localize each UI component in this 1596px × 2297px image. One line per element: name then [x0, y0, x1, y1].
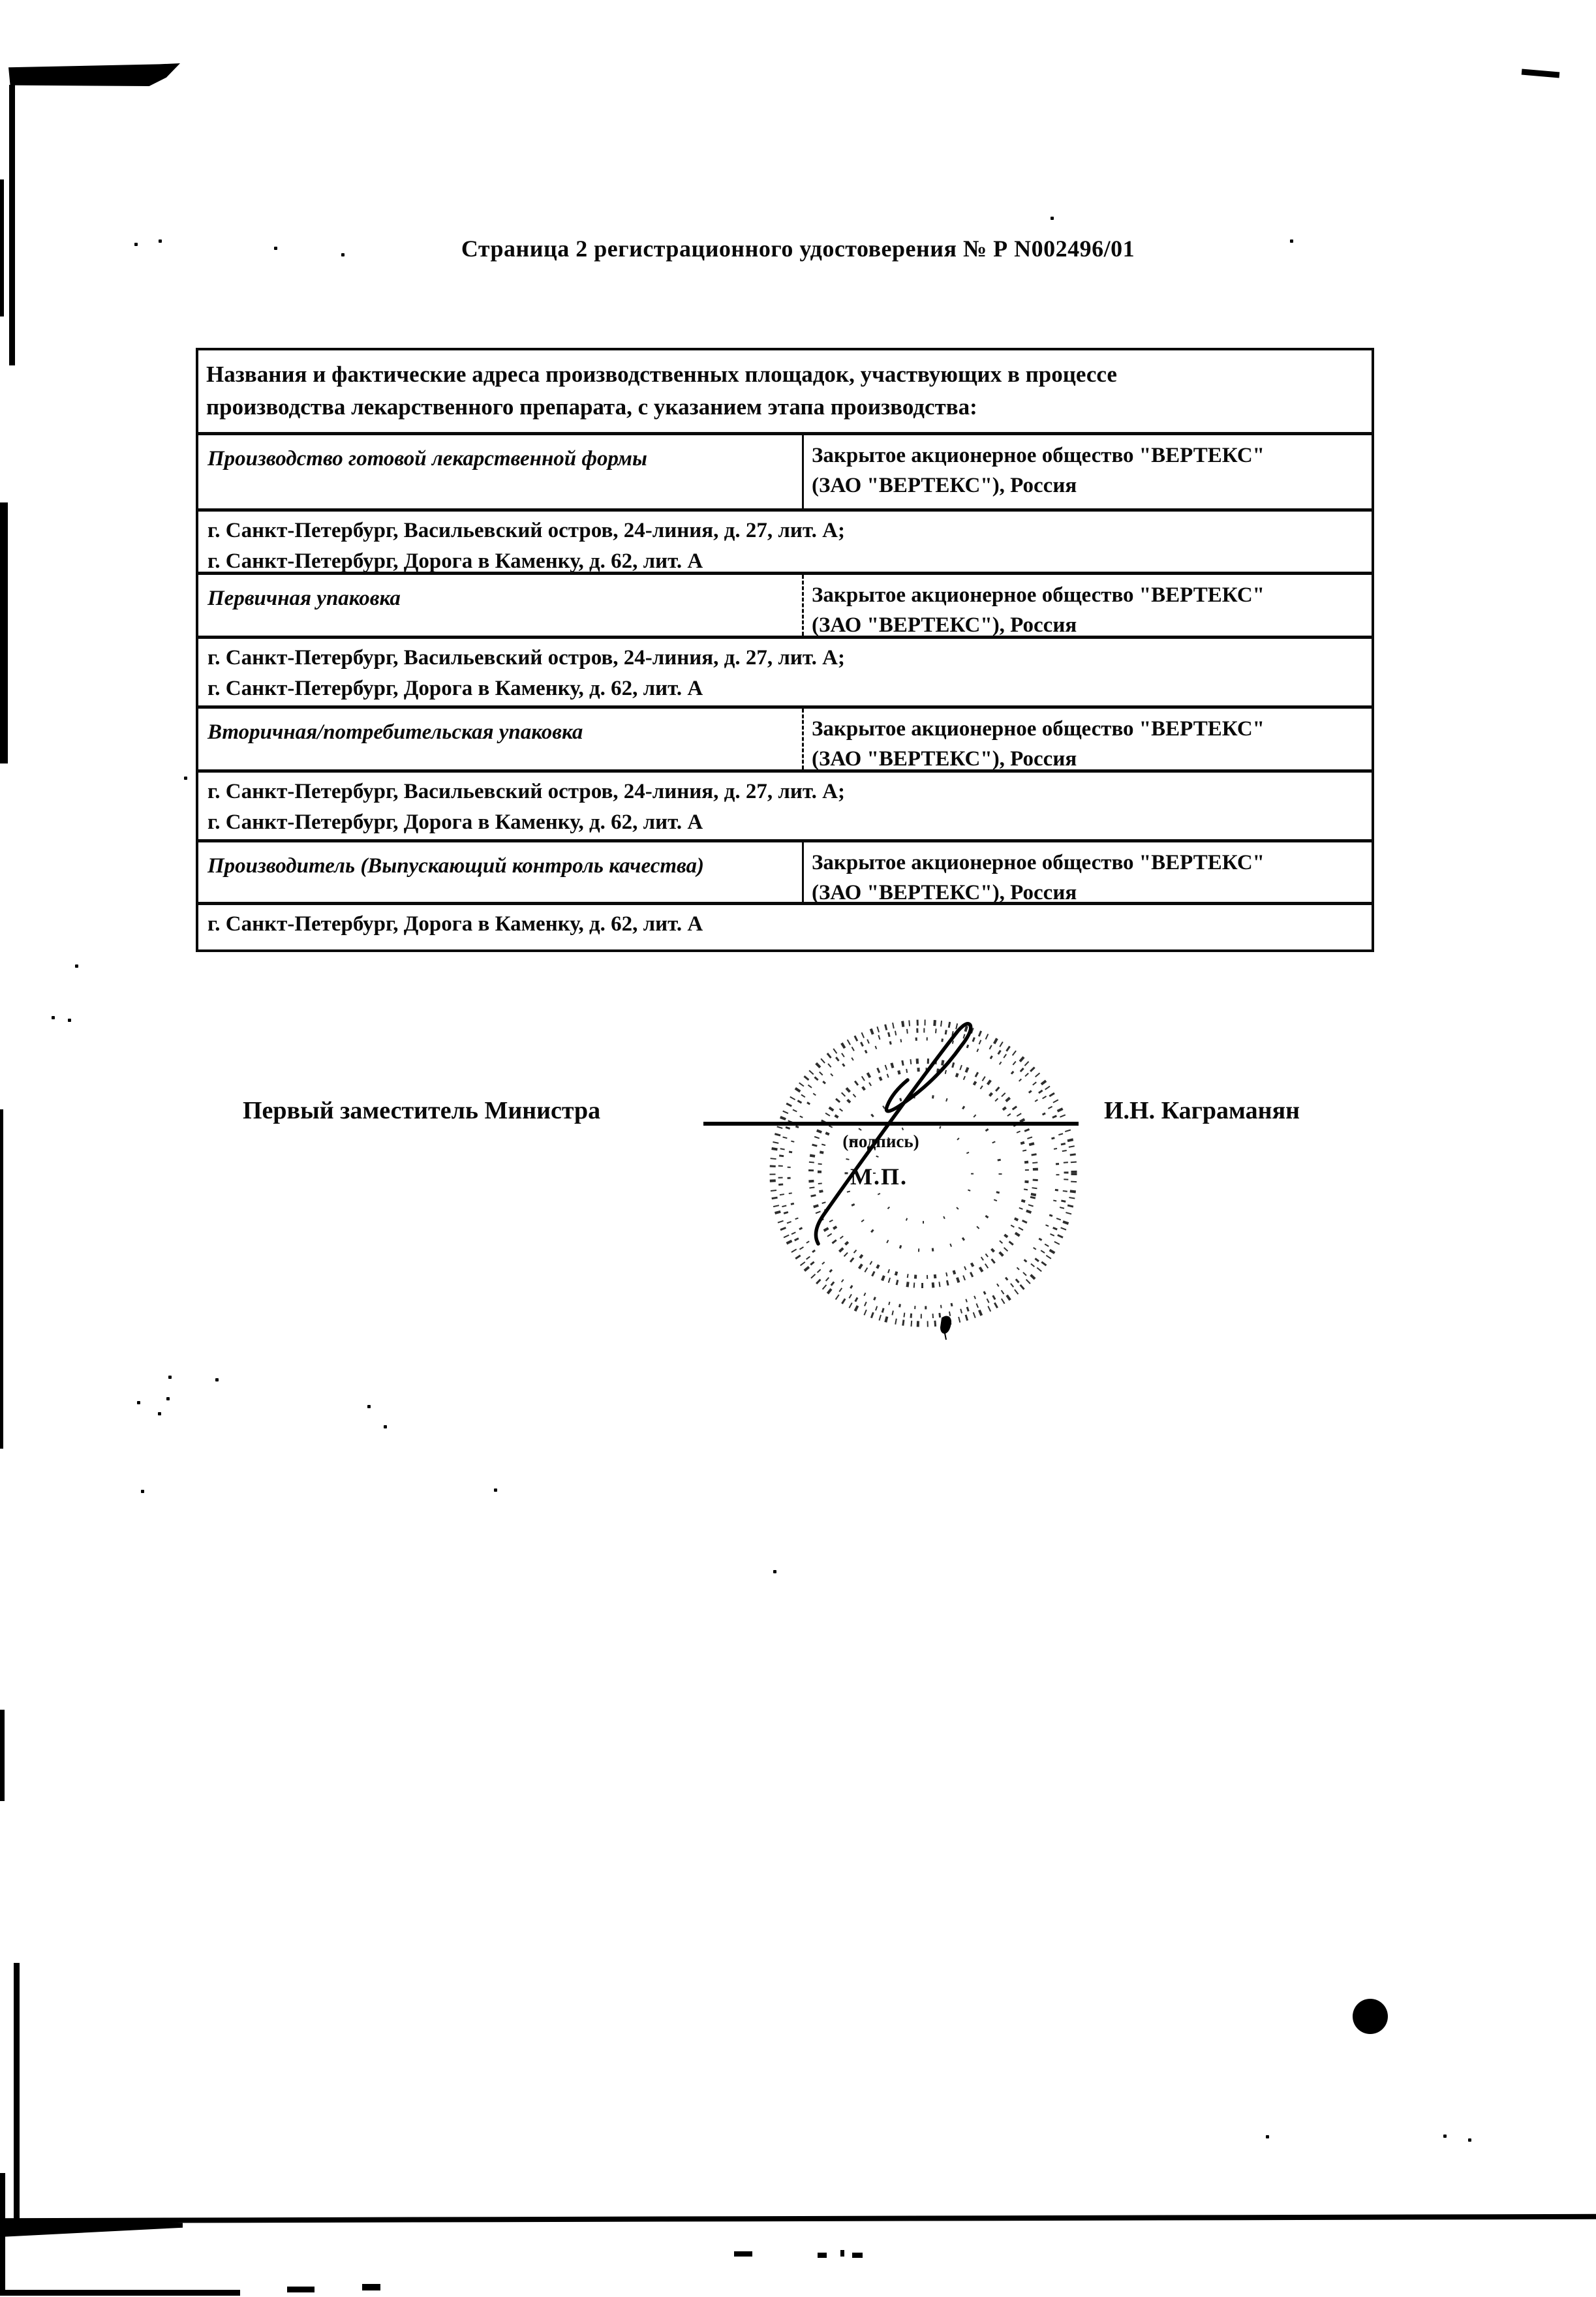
- scan-artifact: [9, 85, 15, 365]
- table-row-stage-3: Вторичная/потребительская упаковка Закры…: [198, 709, 1372, 773]
- scan-speck: [166, 1397, 170, 1400]
- scan-artifact: [852, 2253, 863, 2258]
- company-cell: Закрытое акционерное общество "ВЕРТЕКС" …: [804, 709, 1372, 769]
- scan-speck: [367, 1405, 371, 1408]
- ink-blot: [941, 1317, 951, 1340]
- signature-caption: (подпись): [819, 1132, 943, 1152]
- scan-artifact: [8, 63, 180, 86]
- scan-speck: [52, 1016, 55, 1019]
- scan-speck: [141, 1490, 144, 1493]
- scan-artifact: [362, 2284, 380, 2290]
- scan-speck: [1051, 217, 1054, 220]
- signature-line: [703, 1122, 1079, 1126]
- stage-cell: Производитель (Выпускающий контроль каче…: [198, 842, 804, 902]
- scan-speck: [1443, 2135, 1447, 2138]
- table-title: Названия и фактические адреса производст…: [198, 350, 1372, 435]
- page-title: Страница 2 регистрационного удостоверени…: [211, 235, 1385, 262]
- scan-speck: [384, 1425, 387, 1428]
- scanned-certificate-page: Страница 2 регистрационного удостоверени…: [0, 0, 1596, 2297]
- table-row-stage-1: Производство готовой лекарственной формы…: [198, 435, 1372, 512]
- seal-place-label: М.П.: [850, 1163, 908, 1190]
- scan-speck: [184, 777, 187, 780]
- scan-artifact: [0, 2290, 240, 2296]
- address-cell: г. Санкт-Петербург, Васильевский остров,…: [198, 773, 1372, 842]
- scan-artifact: [287, 2287, 315, 2292]
- scan-artifact: [818, 2253, 827, 2258]
- scan-speck: [1468, 2138, 1471, 2142]
- company-cell: Закрытое акционерное общество "ВЕРТЕКС" …: [804, 842, 1372, 902]
- scan-speck: [1266, 2135, 1269, 2138]
- scan-artifact: [0, 1710, 5, 1801]
- address-cell: г. Санкт-Петербург, Дорога в Каменку, д.…: [198, 905, 1372, 949]
- scan-artifact: [1522, 69, 1560, 78]
- scan-artifact: [14, 1963, 20, 2223]
- scan-artifact: [0, 1109, 3, 1449]
- scan-speck: [168, 1376, 172, 1379]
- scan-speck: [274, 247, 277, 250]
- scan-speck: [68, 1019, 71, 1022]
- stage-cell: Производство готовой лекарственной формы: [198, 435, 804, 508]
- address-cell: г. Санкт-Петербург, Васильевский остров,…: [198, 639, 1372, 709]
- scan-dot: [1353, 1999, 1388, 2034]
- scan-speck: [1290, 239, 1293, 243]
- scan-artifact: [734, 2251, 752, 2257]
- signatory-name: И.Н. Каграманян: [1104, 1096, 1300, 1125]
- table-row-stage-4: Производитель (Выпускающий контроль каче…: [198, 842, 1372, 905]
- scan-artifact: [0, 2214, 1596, 2223]
- table-row-stage-2: Первичная упаковка Закрытое акционерное …: [198, 575, 1372, 639]
- round-stamp: [750, 1004, 1103, 1369]
- scan-speck: [773, 1570, 776, 1573]
- scan-speck: [75, 964, 78, 968]
- scan-speck: [341, 253, 345, 256]
- scan-artifact: [840, 2250, 844, 2257]
- production-sites-table: Названия и фактические адреса производст…: [196, 348, 1374, 952]
- scan-speck: [134, 243, 138, 246]
- scan-speck: [158, 1412, 161, 1415]
- scan-speck: [137, 1401, 140, 1404]
- stage-cell: Первичная упаковка: [198, 575, 804, 636]
- scan-artifact: [0, 179, 4, 316]
- scan-artifact: [0, 502, 8, 763]
- address-cell: г. Санкт-Петербург, Васильевский остров,…: [198, 512, 1372, 575]
- company-cell: Закрытое акционерное общество "ВЕРТЕКС" …: [804, 575, 1372, 636]
- stage-cell: Вторичная/потребительская упаковка: [198, 709, 804, 769]
- scan-speck: [215, 1378, 219, 1381]
- scan-speck: [494, 1488, 497, 1492]
- company-cell: Закрытое акционерное общество "ВЕРТЕКС" …: [804, 435, 1372, 508]
- scan-speck: [159, 239, 162, 243]
- signatory-title: Первый заместитель Министра: [243, 1096, 600, 1125]
